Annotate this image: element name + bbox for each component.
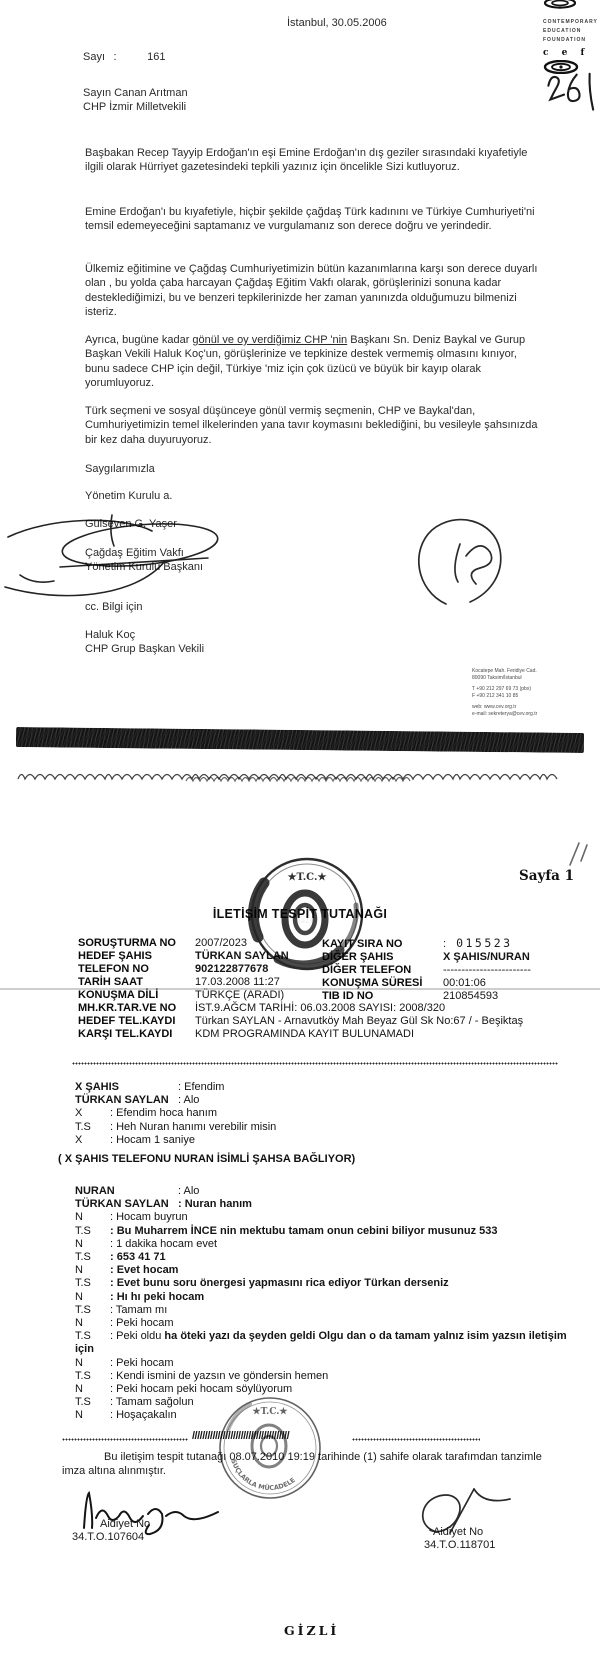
speech: : Heh Nuran hanımı verebilir misin xyxy=(110,1121,276,1133)
handwritten-261 xyxy=(544,70,600,118)
field-colon: : xyxy=(443,938,446,950)
speaker: NURAN xyxy=(75,1185,178,1198)
transcript-line: N: Hocam buyrun xyxy=(75,1211,580,1224)
handwritten-signature-scribble xyxy=(0,505,240,610)
field-label: KONUŞMA DİLİ xyxy=(78,989,195,1002)
speaker: N xyxy=(75,1317,110,1330)
speaker: TÜRKAN SAYLAN xyxy=(75,1198,178,1211)
transcript-note: ( X ŞAHIS TELEFONU NURAN İSİMLİ ŞAHSA BA… xyxy=(58,1153,355,1165)
transcript-line: N: Hoşaçakalın xyxy=(75,1409,580,1422)
transcript-line: NURAN: Alo xyxy=(75,1185,580,1198)
transcript-line: N: Peki hocam xyxy=(75,1317,580,1330)
transcript-line: N: Peki hocam xyxy=(75,1357,580,1370)
speaker: N xyxy=(75,1211,110,1224)
speech: : 1 dakika hocam evet xyxy=(110,1238,217,1250)
field-label: HEDEF TEL.KAYDI xyxy=(78,1015,195,1028)
speaker: N xyxy=(75,1409,110,1422)
official-stamp-bottom: ★T.C.★ SUÇLARLA MÜCADELE xyxy=(214,1392,326,1504)
field-label: HEDEF ŞAHIS xyxy=(78,950,195,963)
speech: : Peki hocam xyxy=(110,1317,174,1329)
logo-text-line2: EDUCATION xyxy=(543,27,598,36)
transcript-line: T.S: Kendi ismini de yazsın ve göndersin… xyxy=(75,1370,580,1383)
speech: : Hoşaçakalın xyxy=(110,1409,177,1421)
ref-label: Sayı xyxy=(83,50,105,64)
field-value-dashes: ------------------------ xyxy=(443,964,531,976)
transcript-line: T.S: Peki oldu ha öteki yazı da şeyden g… xyxy=(75,1330,580,1356)
transcript-line: N: Peki hocam peki hocam söylüyorum xyxy=(75,1383,580,1396)
speaker: N xyxy=(75,1383,110,1396)
transcript-line: X: Efendim hoca hanım xyxy=(75,1107,580,1120)
transcript-line: T.S: Evet bunu soru önergesi yapmasını r… xyxy=(75,1277,580,1290)
cc-title: CHP Grup Başkan Vekili xyxy=(85,643,204,657)
letter-ref-line: Sayı : 161 xyxy=(83,50,166,64)
letter-paragraph-1: Başbakan Recep Tayyip Erdoğan'ın eşi Emi… xyxy=(85,146,543,175)
speech: : Hı hı peki hocam xyxy=(110,1291,204,1303)
page-number-label: Sayfa 1 xyxy=(519,868,574,884)
field-value: X ŞAHIS/NURAN xyxy=(443,951,530,963)
field-value: İST.9.AĞCM TARİHİ: 06.03.2008 SAYISI: 20… xyxy=(195,1002,445,1014)
field-value: Türkan SAYLAN - Arnavutköy Mah Beyaz Gül… xyxy=(195,1015,523,1027)
speaker: T.S xyxy=(75,1396,110,1409)
transcript-line: X ŞAHIS: Efendim xyxy=(75,1081,580,1094)
paragraph-4-underlined: gönül ve oy verdiğimiz CHP 'nin xyxy=(192,334,347,346)
speech: : Tamam sağolun xyxy=(110,1396,194,1408)
transcript-line: N: 1 dakika hocam evet xyxy=(75,1238,580,1251)
speaker: N xyxy=(75,1238,110,1251)
paragraph-4-lead: Ayrıca, bugüne kadar xyxy=(85,334,192,346)
scanned-document-page: İstanbul, 30.05.2006 CONTEMPORARY EDUCAT… xyxy=(0,0,600,1676)
recipient-name: Sayın Canan Arıtman xyxy=(83,87,188,101)
cev-logo: CONTEMPORARY EDUCATION FOUNDATION c e f xyxy=(543,0,598,79)
classification-footer: GİZLİ xyxy=(284,1623,339,1638)
field-value: 17.03.2008 11:27 xyxy=(195,976,280,988)
speaker: T.S xyxy=(75,1277,110,1290)
transcript-line: T.S: 653 41 71 xyxy=(75,1251,580,1264)
recipient-block: Sayın Canan Arıtman CHP İzmir Milletveki… xyxy=(83,87,188,115)
dotted-separator-right xyxy=(352,1438,480,1441)
speech: : Hocam 1 saniye xyxy=(110,1134,195,1146)
transcript-line: N: Hı hı peki hocam xyxy=(75,1291,580,1304)
wavy-scribble-line xyxy=(16,766,584,788)
transcript-line: T.S: Tamam mı xyxy=(75,1304,580,1317)
field-value: 210854593 xyxy=(443,990,498,1002)
transcript-line: X: Hocam 1 saniye xyxy=(75,1134,580,1147)
speech: : Alo xyxy=(178,1094,199,1106)
speech: : Peki hocam xyxy=(110,1357,174,1369)
transcript-line: T.S: Bu Muharrem İNCE nin mektubu tamam … xyxy=(75,1225,580,1238)
field-value: 00:01:06 xyxy=(443,977,486,989)
field-label: KARŞI TEL.KAYDI xyxy=(78,1028,195,1041)
speech: : Tamam mı xyxy=(110,1304,167,1316)
field-label: TELEFON NO xyxy=(78,963,195,976)
transcript-block-1: X ŞAHIS: Efendim TÜRKAN SAYLAN: Alo X: E… xyxy=(75,1081,580,1147)
speaker: X xyxy=(75,1107,110,1120)
speech: : Kendi ismini de yazsın ve göndersin he… xyxy=(110,1370,328,1382)
speech: : Hocam buyrun xyxy=(110,1211,188,1223)
speaker: X ŞAHIS xyxy=(75,1081,178,1094)
dotted-separator xyxy=(72,1062,558,1065)
stamp-top-year: 1923 xyxy=(297,918,312,925)
speaker: N xyxy=(75,1291,110,1304)
aidiyet-label-left: Aidiyet No xyxy=(100,1518,150,1531)
cc-name: Haluk Koç xyxy=(85,629,204,643)
speaker: T.S xyxy=(75,1225,110,1238)
field-label: KONUŞMA SÜRESİ xyxy=(322,977,443,990)
stamp-top-header: ★T.C.★ xyxy=(288,872,327,883)
speech: : Alo xyxy=(178,1185,199,1197)
speech: : Nuran hanım xyxy=(178,1198,252,1210)
field-value: KDM PROGRAMINDA KAYIT BULUNAMADI xyxy=(195,1028,414,1040)
speech: : Bu Muharrem İNCE nin mektubu tamam onu… xyxy=(110,1225,498,1237)
speaker: T.S xyxy=(75,1304,110,1317)
transcript-line: N: Evet hocam xyxy=(75,1264,580,1277)
address-email: e-mail: sekreterya@cev.org.tr xyxy=(472,711,592,718)
speaker: TÜRKAN SAYLAN xyxy=(75,1094,178,1107)
transcript-line: T.S: Tamam sağolun xyxy=(75,1396,580,1409)
speaker: X xyxy=(75,1134,110,1147)
black-scan-bar xyxy=(16,727,584,753)
speaker: T.S xyxy=(75,1121,110,1134)
letter-paragraph-5: Türk seçmeni ve sosyal düşünceye gönül v… xyxy=(85,404,543,447)
cc-label: cc. Bilgi için xyxy=(85,600,142,614)
speaker: T.S xyxy=(75,1330,110,1343)
transcript-block-2: NURAN: Alo TÜRKAN SAYLAN: Nuran hanım N:… xyxy=(75,1185,580,1423)
field-value: TÜRKÇE (ARADI) xyxy=(195,989,284,1001)
official-stamp-top: ★T.C.★ 1923 xyxy=(248,855,366,973)
field-value: 2007/2023 xyxy=(195,937,247,949)
handwritten-tick-marks xyxy=(566,838,590,868)
aidiyet-number-right: 34.T.O.118701 xyxy=(424,1539,495,1552)
speech: : Peki oldu xyxy=(110,1330,164,1342)
letter-date: İstanbul, 30.05.2006 xyxy=(287,16,387,30)
speaker: N xyxy=(75,1357,110,1370)
field-label: SORUŞTURMA NO xyxy=(78,937,195,950)
logo-swirl-top-icon xyxy=(543,0,577,9)
logo-acronym: c e f xyxy=(543,48,598,58)
dotted-separator-left xyxy=(62,1438,188,1441)
speaker: T.S xyxy=(75,1251,110,1264)
handwritten-circle-scribble xyxy=(408,512,513,617)
transcript-line: TÜRKAN SAYLAN: Alo xyxy=(75,1094,580,1107)
logo-text-line3: FOUNDATION xyxy=(543,36,598,45)
speech: : Evet hocam xyxy=(110,1264,178,1276)
cev-address-block: Kocatepe Mah. Feridiye Cad. 80090 Taksim… xyxy=(472,668,592,717)
speaker: N xyxy=(75,1264,110,1277)
ref-colon: : xyxy=(108,50,122,64)
logo-text-line1: CONTEMPORARY xyxy=(543,18,598,27)
transcript-line: T.S: Heh Nuran hanımı verebilir misin xyxy=(75,1121,580,1134)
speech: : Efendim hoca hanım xyxy=(110,1107,217,1119)
record-serial-number: 015523 xyxy=(456,936,513,950)
speech: : Efendim xyxy=(178,1081,224,1093)
closing: Saygılarımızla xyxy=(85,462,155,476)
field-label: TIB ID NO xyxy=(322,990,443,1003)
stamp-bottom-header: ★T.C.★ xyxy=(253,1406,289,1417)
letter-paragraph-2: Emine Erdoğan'ı bu kıyafetiyle, hiçbir ş… xyxy=(85,205,543,234)
recipient-title: CHP İzmir Milletvekili xyxy=(83,101,188,115)
speech: : 653 41 71 xyxy=(110,1251,166,1263)
aidiyet-label-right: Aidiyet No xyxy=(433,1526,483,1539)
transcript-line: TÜRKAN SAYLAN: Nuran hanım xyxy=(75,1198,580,1211)
speech: : Evet bunu soru önergesi yapmasını rica… xyxy=(110,1277,449,1289)
cc-block: Haluk Koç CHP Grup Başkan Vekili xyxy=(85,629,204,657)
speaker: T.S xyxy=(75,1370,110,1383)
field-label: TARİH SAAT xyxy=(78,976,195,989)
field-label: MH.KR.TAR.VE NO xyxy=(78,1002,195,1015)
letter-paragraph-4: Ayrıca, bugüne kadar gönül ve oy verdiği… xyxy=(85,333,543,391)
aidiyet-number-left: 34.T.O.107604 xyxy=(72,1531,144,1544)
letter-paragraph-3: Ülkemiz eğitimine ve Çağdaş Cumhuriyetim… xyxy=(85,262,543,320)
board-line: Yönetim Kurulu a. xyxy=(85,489,172,503)
ref-value: 161 xyxy=(147,50,165,64)
